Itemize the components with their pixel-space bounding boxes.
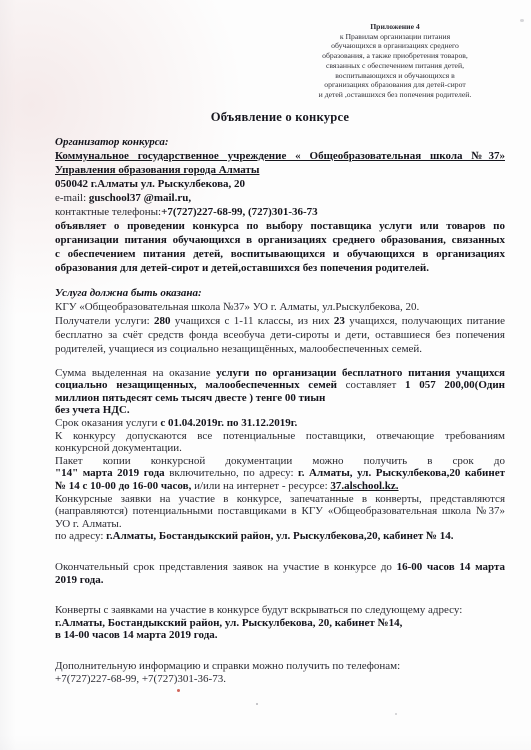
page-title: Объявление о конкурсе (55, 110, 505, 125)
text-line: Коммунальное государственное учреждение … (55, 149, 505, 163)
organizer-and-announcement: Организатор конкурса:Коммунальное госуда… (55, 135, 505, 275)
text-line: г.Алматы, Бостандыкский район, ул. Рыску… (55, 617, 505, 630)
annex-line: воспитывающихся и обучающихся в (277, 71, 513, 81)
text-line: по адресу: г.Алматы, Бостандыкский район… (55, 530, 505, 543)
text-run: контактные телефоны: (55, 206, 161, 218)
text-line: Дополнительную информацию и справки можн… (55, 660, 505, 673)
text-line: образования для детей-сирот и детей,оста… (55, 261, 505, 275)
text-run: e-mail: (55, 192, 89, 204)
text-line: в 14-00 часов 14 марта 2019 года. (55, 629, 505, 642)
text-line: 2019 года. (55, 574, 505, 587)
text-line: УО г. Алматы. (55, 518, 505, 531)
text-line: Окончательный срок представления заявок … (55, 561, 505, 574)
bold-text-run: образования для детей-сирот и детей,оста… (55, 262, 429, 274)
text-run: конкурсной документации. (55, 442, 182, 454)
text-run: Конверты с заявками на участие в конкурс… (55, 604, 462, 616)
annex-line: обучающихся в организациях среднего (277, 41, 513, 51)
text-line: Сумма выделенная на оказание услуги по о… (55, 367, 505, 380)
text-run: Сумма выделенная на оказание (55, 367, 216, 379)
text-run: К конкурсу допускаются все потенциальные… (55, 430, 505, 442)
text-run: родителей, учащиеся из социально незащищ… (55, 343, 422, 355)
service-details: Услуга должна быть оказана:КГУ «Общеобра… (55, 286, 505, 356)
annex-line: связанных с обеспечением питания детей, (277, 61, 513, 71)
text-run: Окончательный срок представления заявок … (55, 561, 397, 573)
bold-text-run: Услуга должна быть оказана: (55, 287, 202, 299)
scan-speck (395, 713, 397, 715)
annex-line: Приложение 4 (277, 22, 513, 32)
text-run: включительно, по адресу: (165, 467, 298, 479)
bold-text-run: без учета НДС. (55, 404, 130, 416)
bold-text-run: в 14-00 часов 14 марта 2019 года. (55, 629, 218, 641)
text-line: 050042 г.Алматы ул. Рыскулбекова, 20 (55, 177, 505, 191)
scan-speck (177, 689, 180, 692)
annex-line: к Правилам организации питания (277, 32, 513, 42)
appendix-reference-block: Приложение 4к Правилам организации питан… (277, 22, 513, 100)
scanned-document-page: Приложение 4к Правилам организации питан… (0, 0, 531, 750)
annex-line: организациях образования для детей-сирот (277, 80, 513, 90)
text-line: социально незащищенных, малообеспеченных… (55, 379, 505, 392)
bold-text-run: с 01.04.2019г. по 31.12.2019г. (160, 417, 297, 429)
scan-speck (256, 703, 258, 705)
text-run: Дополнительную информацию и справки можн… (55, 660, 400, 672)
funding-and-terms: Сумма выделенная на оказание услуги по о… (55, 367, 505, 543)
text-run: +7(727)227-68-99, +7(727)301-36-73. (55, 673, 226, 685)
text-run: составляет (337, 379, 405, 391)
bold-text-run: № 14 с 10-00 до 16-00 часов, (55, 480, 191, 492)
bold-text-run: организации питания обучающихся в органи… (55, 234, 505, 246)
text-run: Срок оказания услуги (55, 417, 160, 429)
text-run: по адресу: (55, 530, 106, 542)
text-line: (направляются) потенциальными поставщика… (55, 505, 505, 518)
text-run: (направляются) потенциальными поставщика… (55, 505, 505, 517)
text-line: Конкурсные заявки на участие в конкурсе,… (55, 493, 505, 506)
text-line: e-mail: guschool37 @mail.ru, (55, 191, 505, 205)
text-run: КГУ «Общеобразовательная школа №37» УО г… (55, 301, 419, 313)
bold-text-run: guschool37 @mail.ru, (89, 192, 191, 204)
bold-text-run: 1 057 200,00(Один (405, 379, 505, 391)
text-line: организации питания обучающихся в органи… (55, 233, 505, 247)
text-line: миллион пятьдесят семь тысяч двесте ) те… (55, 392, 505, 405)
bold-text-run: миллион пятьдесят семь тысяч двесте ) те… (55, 392, 325, 404)
bold-text-run: "14" марта 2019 года (55, 467, 165, 479)
text-run: учащихся с 1-11 классы, из них (170, 315, 333, 327)
text-run: УО г. Алматы. (55, 518, 122, 530)
text-line: № 14 с 10-00 до 16-00 часов, и/или на ин… (55, 480, 505, 493)
text-line: "14" марта 2019 года включительно, по ад… (55, 467, 505, 480)
text-line: объявляет о проведении конкурса по выбор… (55, 219, 505, 233)
text-line: конкурсной документации. (55, 442, 505, 455)
scan-speck (520, 19, 524, 22)
text-line: Пакет копии конкурсной документации можн… (55, 455, 505, 468)
envelope-opening: Конверты с заявками на участие в конкурс… (55, 604, 505, 642)
underlined-text-run: Управления образования города Алматы (55, 164, 259, 176)
text-line: К конкурсу допускаются все потенциальные… (55, 430, 505, 443)
annex-line: образования, а также приобретения товаро… (277, 51, 513, 61)
document-body: Организатор конкурса:Коммунальное госуда… (55, 135, 505, 685)
text-run: Конкурсные заявки на участие в конкурсе,… (55, 493, 505, 505)
text-run: бесплатно за счёт средств фонда всеобуча… (55, 329, 505, 341)
text-line: Конверты с заявками на участие в конкурс… (55, 604, 505, 617)
text-run: учащихся, получающих питание (345, 315, 505, 327)
text-line: без учета НДС. (55, 404, 505, 417)
bold-text-run: услуги по организации бесплатного питани… (216, 367, 505, 379)
bold-text-run: 050042 г.Алматы ул. Рыскулбекова, 20 (55, 178, 245, 190)
underlined-text-run: 37.alschool.kz. (330, 480, 398, 492)
text-line: с обеспечением питания детей, воспитываю… (55, 247, 505, 261)
text-line: родителей, учащиеся из социально незащищ… (55, 342, 505, 356)
text-line: КГУ «Общеобразовательная школа №37» УО г… (55, 300, 505, 314)
text-line: бесплатно за счёт средств фонда всеобуча… (55, 328, 505, 342)
bold-text-run: 16-00 часов 14 марта (397, 561, 505, 573)
text-run: и/или на интернет - ресурсе: (191, 480, 330, 492)
bold-text-run: 2019 года. (55, 574, 103, 586)
bold-text-run: Организатор конкурса: (55, 136, 169, 148)
text-line: Получатели услуги: 280 учащихся с 1-11 к… (55, 314, 505, 328)
text-line: Услуга должна быть оказана: (55, 286, 505, 300)
scan-speck (140, 663, 142, 665)
annex-line: и детей ,оставшихся без попечения родите… (277, 90, 513, 100)
bold-text-run: социально незащищенных, малообеспеченных… (55, 379, 337, 391)
bold-text-run: г.Алматы, Бостандыкский район, ул. Рыску… (55, 617, 402, 629)
bold-text-run: 23 (334, 315, 345, 327)
bold-text-run: 280 (154, 315, 171, 327)
text-line: Организатор конкурса: (55, 135, 505, 149)
text-line: +7(727)227-68-99, +7(727)301-36-73. (55, 673, 505, 686)
submission-deadline: Окончательный срок представления заявок … (55, 561, 505, 586)
bold-text-run: г. Алматы, ул. Рыскулбекова,20 кабинет (298, 467, 505, 479)
bold-text-run: +7(727)227-68-99, (727)301-36-73 (161, 206, 318, 218)
text-run: Пакет копии конкурсной документации можн… (55, 455, 505, 467)
bold-text-run: объявляет о проведении конкурса по выбор… (55, 220, 505, 232)
underlined-text-run: Коммунальное государственное учреждение … (55, 150, 505, 162)
bold-text-run: с обеспечением питания детей, воспитываю… (55, 248, 505, 260)
text-line: контактные телефоны:+7(727)227-68-99, (7… (55, 205, 505, 219)
additional-info: Дополнительную информацию и справки можн… (55, 660, 505, 685)
text-line: Управления образования города Алматы (55, 163, 505, 177)
text-line: Срок оказания услуги с 01.04.2019г. по 3… (55, 417, 505, 430)
bold-text-run: г.Алматы, Бостандыкский район, ул. Рыску… (106, 530, 453, 542)
text-run: Получатели услуги: (55, 315, 154, 327)
